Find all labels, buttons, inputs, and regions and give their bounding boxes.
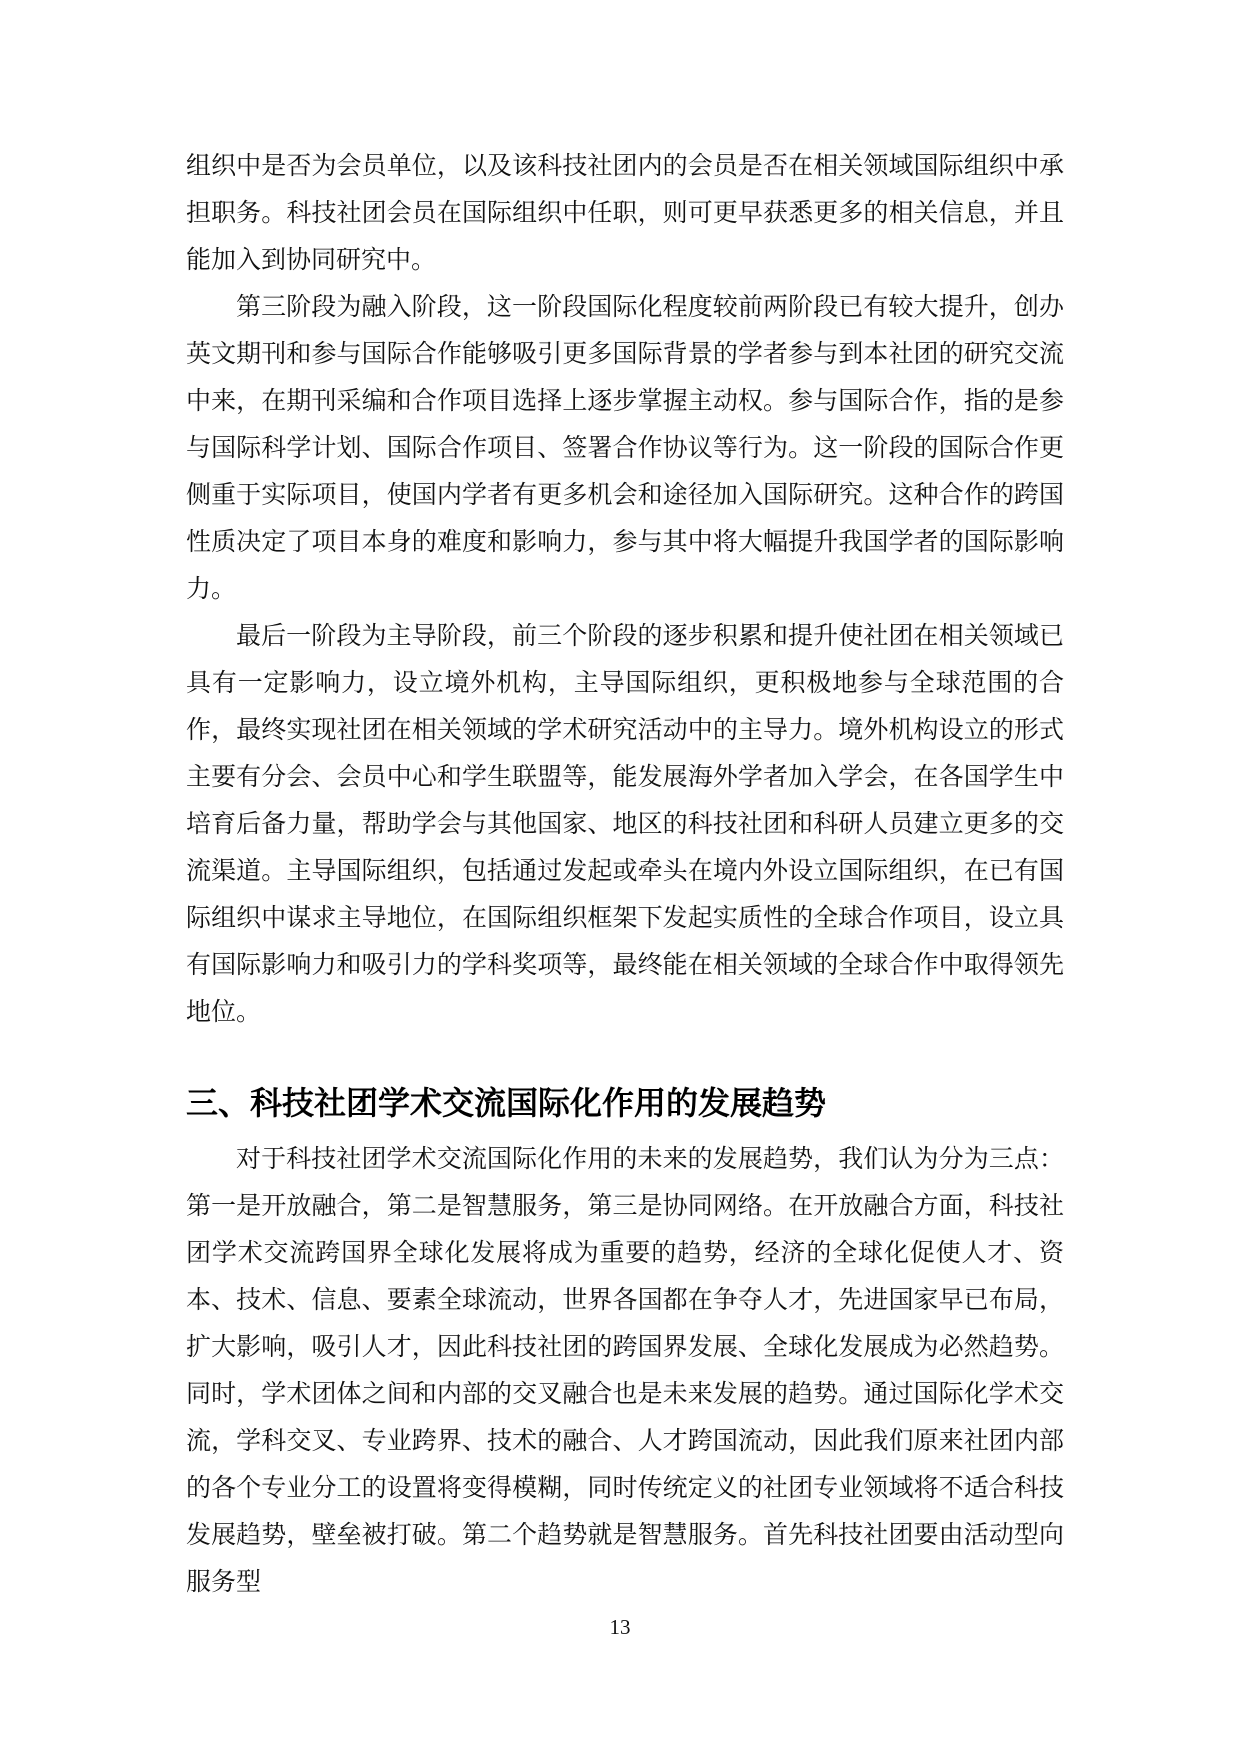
paragraph-stage-three: 第三阶段为融入阶段，这一阶段国际化程度较前两阶段已有较大提升，创办英文期刊和参与… <box>186 284 1064 613</box>
page-number: 13 <box>0 1612 1240 1642</box>
paragraph-development-trends: 对于科技社团学术交流国际化作用的未来的发展趋势，我们认为分为三点：第一是开放融合… <box>186 1136 1064 1606</box>
section-heading: 三、科技社团学术交流国际化作用的发展趋势 <box>186 1081 1064 1125</box>
paragraph-stage-final: 最后一阶段为主导阶段，前三个阶段的逐步积累和提升使社团在相关领域已具有一定影响力… <box>186 613 1064 1036</box>
paragraph-continuation: 组织中是否为会员单位，以及该科技社团内的会员是否在相关领域国际组织中承担职务。科… <box>186 143 1064 284</box>
document-page: 组织中是否为会员单位，以及该科技社团内的会员是否在相关领域国际组织中承担职务。科… <box>0 0 1240 1753</box>
page-body: 组织中是否为会员单位，以及该科技社团内的会员是否在相关领域国际组织中承担职务。科… <box>186 143 1064 1606</box>
